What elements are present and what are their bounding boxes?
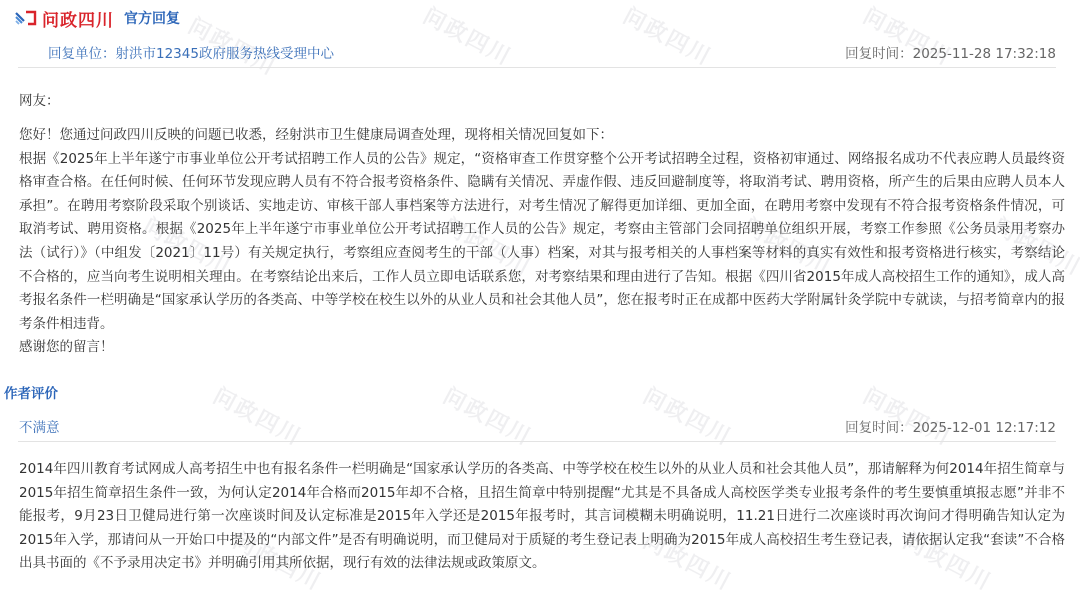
reply-body: 您好！您通过问政四川反映的问题已收悉，经射洪市卫生健康局调查处理，现将相关情况回… <box>19 124 1065 360</box>
brand-header: 问政四川 官方回复 <box>15 6 180 30</box>
evaluation-comment-text: 2014年四川教育考试网成人高考招生中也有报名条件一栏明确是“国家承认学历的各类… <box>19 458 1065 576</box>
evaluation-title: 作者评价 <box>4 382 58 402</box>
salutation: 网友： <box>19 89 60 109</box>
wenzheng-sichuan-logo-icon <box>15 10 37 26</box>
reply-paragraph: 感谢您的留言！ <box>19 336 1065 360</box>
evaluation-comment: 2014年四川教育考试网成人高考招生中也有报名条件一栏明确是“国家承认学历的各类… <box>19 458 1065 576</box>
reply-paragraph: 根据《2025年上半年遂宁市事业单位公开考试招聘工作人员的公告》规定，“资格审查… <box>19 148 1065 337</box>
brand-name: 问政四川 <box>42 6 114 31</box>
watermark: 问政四川 <box>418 0 517 72</box>
reply-paragraph: 您好！您通过问政四川反映的问题已收悉，经射洪市卫生健康局调查处理，现将相关情况回… <box>19 124 1065 148</box>
divider <box>18 441 1056 442</box>
divider <box>18 67 1056 68</box>
evaluation-value: 不满意 <box>19 416 60 436</box>
reply-unit: 回复单位：射洪市12345政府服务热线受理中心 <box>48 42 334 62</box>
evaluation-time: 回复时间：2025-12-01 12:17:12 <box>845 416 1056 436</box>
watermark: 问政四川 <box>618 0 717 72</box>
reply-time: 回复时间：2025-11-28 17:32:18 <box>845 42 1056 62</box>
official-reply-tag: 官方回复 <box>124 8 180 28</box>
